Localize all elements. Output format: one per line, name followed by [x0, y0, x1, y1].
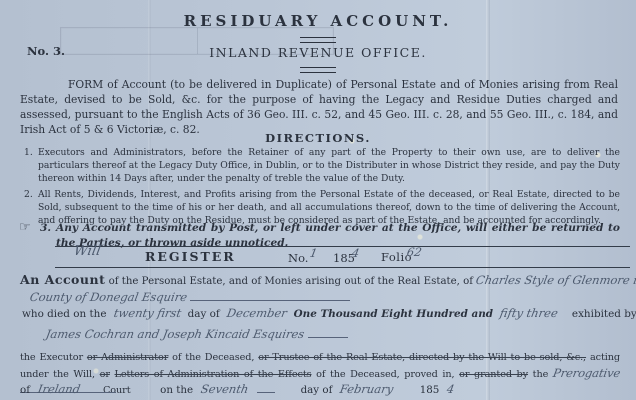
scanned-form-page: RESIDUARY ACCOUNT. No. 3. INLAND REVENUE… [0, 0, 636, 400]
clause-text: of the Deceased, [172, 352, 254, 363]
account-of-line: An Account of the Personal Estate, and o… [20, 272, 632, 287]
direction-text: Any Account transmitted by Post, or left… [56, 222, 620, 249]
form-intro-paragraph: FORM of Account (to be delivered in Dupl… [20, 77, 618, 137]
blank-rule [190, 290, 350, 301]
probate-date-line: of Ireland on the Seventh day of Februar… [20, 382, 626, 396]
blank-rule [88, 382, 116, 393]
struck-clause-text: Letters of Administration of the Effects [115, 369, 312, 380]
direction-number: 2. [24, 188, 33, 201]
court-place-handwritten: Ireland [37, 382, 82, 396]
death-day-handwritten: twenty first [112, 306, 182, 320]
double-rule-divider [300, 67, 336, 73]
struck-clause-text: or granted by [459, 369, 528, 380]
document-title: RESIDUARY ACCOUNT. [0, 12, 636, 30]
direction-item-1: 1. Executors and Administrators, before … [22, 146, 620, 186]
account-lead-words: An Account [20, 272, 105, 287]
struck-clause-text: or Administrator [87, 352, 168, 363]
direction-text: Executors and Administrators, before the… [38, 147, 620, 184]
exhibited-by-label: exhibited by [572, 308, 636, 320]
day-of-label: day of [188, 308, 220, 320]
register-no-handwritten: 1 [309, 246, 319, 260]
died-label: who died on the [22, 308, 107, 320]
office-heading: INLAND REVENUE OFFICE. [0, 45, 636, 60]
on-the-label: on the [160, 384, 193, 396]
double-rule-divider [300, 37, 336, 43]
probate-day-handwritten: Seventh [200, 382, 250, 396]
register-no-label: No. [288, 251, 308, 265]
death-year-words-handwritten: fifty three [499, 306, 559, 320]
blank-rule [257, 382, 275, 393]
probate-year-handwritten: 4 [446, 382, 456, 396]
struck-clause-text: or [100, 369, 110, 380]
directions-heading: DIRECTIONS. [0, 131, 636, 145]
struck-clause-text: or Trustee of the Real Estate, directed … [258, 352, 586, 363]
register-label: REGISTER [145, 249, 236, 264]
probate-year-printed: 185 [420, 384, 440, 396]
clause-text: of the Deceased, proved in, [316, 369, 454, 380]
folio-handwritten: 62 [406, 245, 423, 259]
death-date-line: who died on the twenty first day of Dece… [22, 306, 628, 320]
exhibitors-line: James Cochran and Joseph Kincaid Esquire… [46, 327, 348, 341]
deceased-residence-line: County of Donegal Esquire [30, 290, 350, 304]
court-name-handwritten: Prerogative [551, 366, 621, 382]
clause-text: the [533, 369, 549, 380]
register-type-handwritten: Will [73, 243, 102, 259]
day-of-label: day of [301, 384, 333, 396]
death-month-handwritten: December [226, 306, 288, 320]
deceased-name-handwritten: Charles Style of Glenmore in the [475, 273, 636, 287]
direction-number: 3. [40, 221, 51, 236]
clause-text: the Executor [20, 352, 83, 363]
of-label: of [20, 384, 30, 396]
exhibitors-handwritten: James Cochran and Joseph Kincaid Esquire… [45, 327, 306, 341]
direction-number: 1. [24, 146, 33, 159]
probate-month-handwritten: February [339, 382, 395, 396]
register-band-rule-top [55, 246, 630, 247]
register-year-handwritten: 4 [351, 246, 361, 260]
year-words-printed: One Thousand Eight Hundred and [294, 308, 493, 320]
manicule-icon: ☞ [19, 220, 31, 235]
deceased-county-handwritten: County of Donegal Esquire [29, 290, 189, 304]
register-band-rule-bottom [55, 267, 630, 268]
blank-rule [308, 327, 348, 338]
account-of-text: of the Personal Estate, and of Monies ar… [109, 276, 473, 287]
